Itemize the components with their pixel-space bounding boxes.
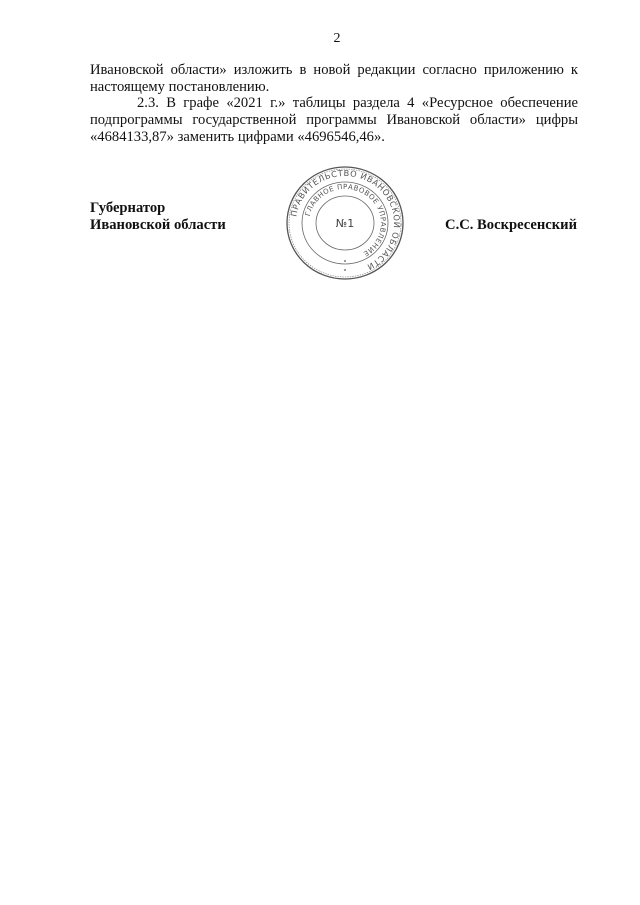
paragraph-continuation: Ивановской области» изложить в новой ред… xyxy=(90,62,578,95)
paragraph-2-3: 2.3. В графе «2021 г.» таблицы раздела 4… xyxy=(90,95,578,145)
position-region: Ивановской области xyxy=(90,217,226,234)
document-body: Ивановской области» изложить в новой ред… xyxy=(90,62,578,146)
signatory-name: С.С. Воскресенский xyxy=(445,217,577,234)
page-number: 2 xyxy=(0,31,640,47)
official-stamp: ПРАВИТЕЛЬСТВО ИВАНОВСКОЙ ОБЛАСТИ ГЛАВНОЕ… xyxy=(285,164,405,282)
position-title: Губернатор xyxy=(90,200,226,217)
signatory-position: Губернатор Ивановской области xyxy=(90,200,226,234)
stamp-seal-icon: ПРАВИТЕЛЬСТВО ИВАНОВСКОЙ ОБЛАСТИ ГЛАВНОЕ… xyxy=(285,164,405,282)
stamp-center-text: №1 xyxy=(336,217,354,230)
